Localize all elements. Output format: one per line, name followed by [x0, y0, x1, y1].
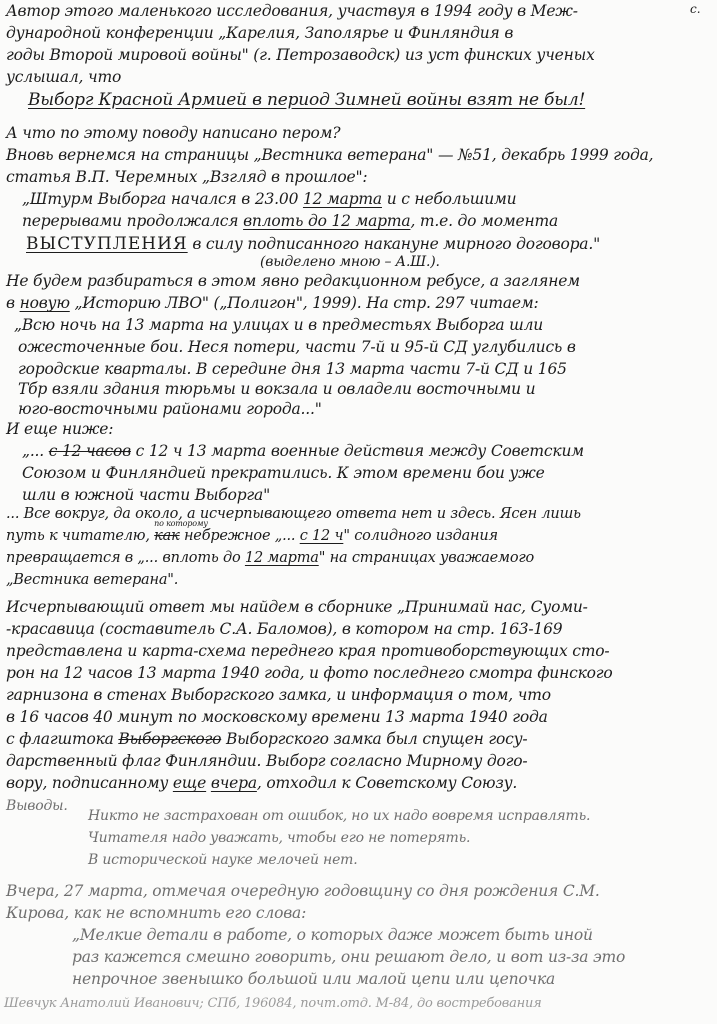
underlined-text: с 12 ч	[300, 528, 344, 544]
quote2-line-4: Тбр взяли здания тюрьмы и вокзала и овла…	[18, 380, 535, 398]
p5-line-4: рон на 12 часов 13 марта 1940 года, и фо…	[6, 664, 613, 682]
quote2-line-5: юго-восточными районами города..."	[18, 400, 322, 418]
p4-line-3: превращается в „... вплоть до 12 марта" …	[6, 550, 534, 566]
text: и с небольшими	[382, 190, 516, 208]
quote3-line-2: Союзом и Финляндией прекратились. К этом…	[22, 464, 545, 482]
p2-line-2: статья В.П. Черемных „Взгляд в прошлое":	[6, 168, 367, 186]
underlined-text: вплоть до 12 марта	[243, 212, 410, 230]
quote4-line-2: раз кажется смешно говорить, они решают …	[72, 948, 625, 966]
text: " солидного издания	[343, 528, 498, 544]
struck-text: Выборгского	[118, 730, 221, 748]
intro-line-4: услышал, что	[6, 68, 121, 86]
question: А что по этому поводу написано пером?	[6, 124, 340, 142]
text: превращается в „... вплоть до	[6, 550, 245, 566]
conclusion-2: Читателя надо уважать, чтобы его не поте…	[88, 830, 470, 846]
underlined-text: 12 марта	[303, 190, 382, 208]
text: " на страницах уважаемого	[319, 550, 534, 566]
and-below: И еще ниже:	[6, 420, 113, 438]
quote2-line-2: ожесточенные бои. Неся потери, части 7-й…	[18, 338, 576, 356]
p5-line-7: с флагштока Выборгского Выборгского замк…	[6, 730, 527, 748]
intro-line-2: дународной конференции „Карелия, Заполяр…	[6, 24, 513, 42]
text: с 12 ч 13 марта военные действия между С…	[131, 442, 584, 460]
quote1-line-3: ВЫСТУПЛЕНИЯ в силу подписанного накануне…	[26, 234, 600, 254]
text: в силу подписанного накануне мирного дог…	[188, 235, 600, 253]
text: небрежное „...	[180, 528, 300, 544]
underlined-text: ВЫСТУПЛЕНИЯ	[26, 234, 188, 254]
p5-line-9: вору, подписанному еще вчера, отходил к …	[6, 774, 517, 792]
quote3-line-3: шли в южной части Выборга"	[22, 486, 270, 504]
quote2-line-3: городские кварталы. В середине дня 13 ма…	[18, 360, 567, 378]
text: с флагштока	[6, 730, 118, 748]
main-claim: Выборг Красной Армией в период Зимней во…	[28, 90, 585, 110]
underlined-text: еще	[173, 774, 206, 792]
text: , отходил к Советскому Союзу.	[257, 774, 517, 792]
p2-line-1: Вновь вернемся на страницы „Вестника вет…	[6, 146, 653, 164]
conclusion-3: В исторической науке мелочей нет.	[88, 852, 357, 868]
underlined-text: вчера	[211, 774, 257, 792]
p5-line-2: -красавица (составитель С.А. Баломов), в…	[6, 620, 562, 638]
text: Выборгского замка был спущен госу-	[221, 730, 527, 748]
p3-line-2: в новую „Историю ЛВО" („Полигон", 1999).…	[6, 294, 539, 312]
text: , т.е. до момента	[410, 212, 558, 230]
p5-line-6: в 16 часов 40 минут по московскому време…	[6, 708, 548, 726]
quote1-line-2: перерывами продолжался вплоть до 12 март…	[22, 212, 558, 230]
inserted-text: по которому	[154, 519, 208, 528]
p4-line-2: путь к читателю, по которомукак небрежно…	[6, 528, 498, 544]
intro-line-3: годы Второй мировой войны" (г. Петрозаво…	[6, 46, 595, 64]
text: „Историю ЛВО" („Полигон", 1999). На стр.…	[70, 294, 539, 312]
quote4-line-3: непрочное звенышко большой или малой цеп…	[72, 970, 555, 988]
quote4-line-1: „Мелкие детали в работе, о которых даже …	[72, 926, 593, 944]
text: перерывами продолжался	[22, 212, 243, 230]
p4-line-4: „Вестника ветерана".	[6, 572, 178, 588]
footer-address: Шевчук Анатолий Иванович; СПб, 196084, п…	[4, 996, 542, 1011]
quote2-line-1: „Всю ночь на 13 марта на улицах и в пред…	[14, 316, 543, 334]
text: в	[6, 294, 20, 312]
underlined-text: 12 марта	[245, 550, 319, 566]
intro-line-1: Автор этого маленького исследования, уча…	[6, 2, 578, 20]
quote1-line-1: „Штурм Выборга начался в 23.00 12 марта …	[22, 190, 516, 208]
text: путь к читателю,	[6, 528, 154, 544]
handwritten-letter: с. Автор этого маленького исследования, …	[0, 0, 717, 1024]
p3-line-1: Не будем разбираться в этом явно редакци…	[6, 272, 580, 290]
quote1-note: (выделено мною – А.Ш.).	[260, 254, 440, 270]
p5-line-8: дарственный флаг Финляндии. Выборг согла…	[6, 752, 527, 770]
struck-text: как	[154, 528, 179, 544]
underlined-text: новую	[20, 294, 70, 312]
corner-mark: с.	[690, 2, 701, 16]
p6-line-2: Кирова, как не вспомнить его слова:	[6, 904, 306, 922]
p5-line-5: гарнизона в стенах Выборгского замка, и …	[6, 686, 551, 704]
p6-line-1: Вчера, 27 марта, отмечая очередную годов…	[6, 882, 600, 900]
struck-text: с 12 часов	[49, 442, 131, 460]
text: „Штурм Выборга начался в 23.00	[22, 190, 303, 208]
p5-line-1: Исчерпывающий ответ мы найдем в сборнике…	[6, 598, 588, 616]
conclusions-label: Выводы.	[6, 798, 68, 814]
p5-line-3: представлена и карта-схема переднего кра…	[6, 642, 609, 660]
conclusion-1: Никто не застрахован от ошибок, но их на…	[88, 808, 590, 824]
quote3-line-1: „... с 12 часов с 12 ч 13 марта военные …	[22, 442, 584, 460]
text: вору, подписанному	[6, 774, 173, 792]
p4-line-1: ... Все вокруг, да около, а исчерпывающе…	[6, 506, 581, 522]
